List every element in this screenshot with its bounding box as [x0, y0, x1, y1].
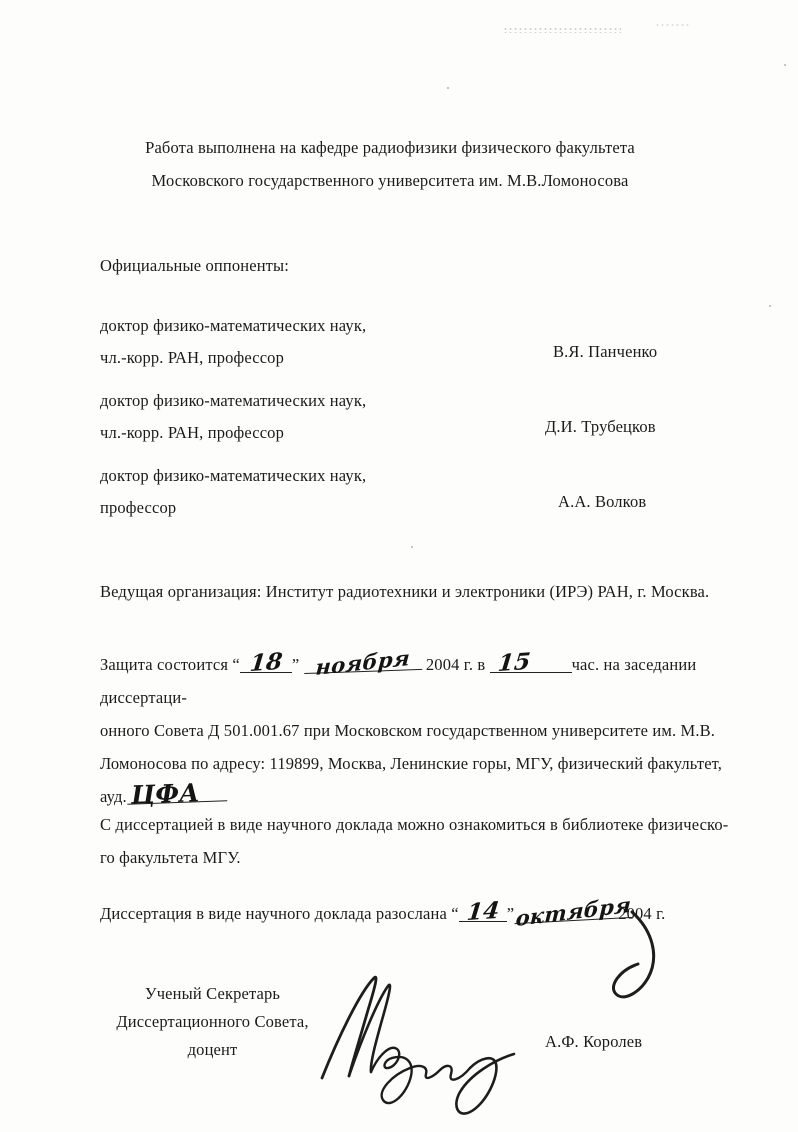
- opponent-3-degree: доктор физико-математических наук, профе…: [100, 460, 366, 524]
- defense-line-2: онного Совета Д 501.001.67 при Московско…: [100, 714, 732, 747]
- defense-hour-handwritten: 15: [496, 653, 531, 673]
- defense-day-blank: 18: [240, 654, 292, 673]
- defense-close-quote: ”: [292, 655, 299, 674]
- opponent-3-degree-line-2: профессор: [100, 492, 366, 524]
- opponent-3-name: А.А. Волков: [558, 492, 646, 512]
- opponent-3-degree-line-1: доктор физико-математических наук,: [100, 460, 366, 492]
- secretary-line-3: доцент: [95, 1036, 330, 1064]
- library-line-1: С диссертацией в виде научного доклада м…: [100, 808, 740, 841]
- opponent-1-degree: доктор физико-математических наук, чл.-к…: [100, 310, 366, 374]
- opponent-2-name: Д.И. Трубецков: [545, 417, 656, 437]
- opponents-heading: Официальные оппоненты:: [100, 256, 289, 276]
- auditorium-handwritten: ЦФА: [131, 786, 200, 802]
- handwriting-flourish-tail: [598, 908, 668, 1008]
- mailed-day-blank: 14: [459, 903, 507, 922]
- mailed-prefix: Диссертация в виде научного доклада разо…: [100, 904, 459, 923]
- header-line-2: Московского государственного университет…: [60, 164, 720, 197]
- defense-line-1: Защита состоится “18” ноября 2004 г. в 1…: [100, 648, 732, 714]
- opponent-2-degree: доктор физико-математических наук, чл.-к…: [100, 385, 366, 449]
- opponent-1-degree-line-2: чл.-корр. РАН, профессор: [100, 342, 366, 374]
- opponent-2-degree-line-1: доктор физико-математических наук,: [100, 385, 366, 417]
- scan-speck: [769, 305, 771, 307]
- defense-line-3: Ломоносова по адресу: 119899, Москва, Ле…: [100, 747, 732, 780]
- scan-speck: [411, 546, 413, 548]
- secretary-line-2: Диссертационного Совета,: [95, 1008, 330, 1036]
- opponent-1-name: В.Я. Панченко: [553, 342, 657, 362]
- opponent-1-degree-line-1: доктор физико-математических наук,: [100, 310, 366, 342]
- opponent-2-degree-line-2: чл.-корр. РАН, профессор: [100, 417, 366, 449]
- mailed-day-handwritten: 14: [465, 902, 500, 922]
- auditorium-label: ауд.: [100, 787, 127, 806]
- scan-smudge-artifact-small: [655, 23, 689, 28]
- library-line-2: го факультета МГУ.: [100, 841, 740, 874]
- secretary-line-1: Ученый Секретарь: [95, 980, 330, 1008]
- leading-organization-line: Ведущая организация: Институт радиотехни…: [100, 582, 750, 602]
- header-block: Работа выполнена на кафедре радиофизики …: [60, 131, 720, 197]
- header-line-1: Работа выполнена на кафедре радиофизики …: [60, 131, 720, 164]
- library-paragraph: С диссертацией в виде научного доклада м…: [100, 808, 740, 874]
- scan-speck: [447, 87, 449, 89]
- defense-mid: 2004 г. в: [426, 655, 485, 674]
- scanned-document-page: Работа выполнена на кафедре радиофизики …: [0, 0, 798, 1132]
- defense-month-blank: ноября: [303, 653, 422, 674]
- defense-month-handwritten: ноября: [315, 650, 410, 676]
- defense-hour-blank: 15: [490, 654, 572, 673]
- defense-prefix: Защита состоится “: [100, 655, 240, 674]
- defense-paragraph: Защита состоится “18” ноября 2004 г. в 1…: [100, 648, 732, 813]
- scan-speck: [784, 64, 786, 66]
- secretary-block: Ученый Секретарь Диссертационного Совета…: [95, 980, 330, 1064]
- secretary-name: А.Ф. Королев: [545, 1032, 642, 1052]
- auditorium-blank: ЦФА: [127, 785, 227, 804]
- signature-scrawl: [318, 972, 533, 1122]
- defense-day-handwritten: 18: [249, 653, 284, 673]
- scan-smudge-artifact: [503, 27, 621, 33]
